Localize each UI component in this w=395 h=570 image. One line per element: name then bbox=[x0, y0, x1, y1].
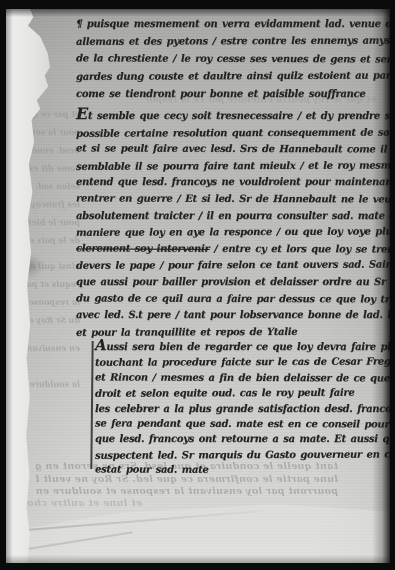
manuscript-line: et Rincon / mesmes a fin de bien delaiss… bbox=[95, 370, 390, 387]
manuscript-line: droit et selon equite oud. cas le roy pe… bbox=[95, 385, 390, 402]
manuscript-line: come se tiendront pour bonne et paisible… bbox=[76, 86, 390, 103]
manuscript-page: et par ce que pour la seurte desd. ennem… bbox=[6, 9, 390, 563]
ghost-line: en ensuivant bbox=[28, 343, 80, 353]
manuscript-line: que lesd. francoys ont retourne a sa mat… bbox=[95, 432, 390, 447]
manuscript-line: semblable il se pourra faire tant mieulx… bbox=[76, 158, 390, 176]
manuscript-line: et si se peult faire avec lesd. Srs de H… bbox=[76, 142, 390, 160]
manuscript-line: possible certaine resolution quant conse… bbox=[76, 125, 390, 143]
manuscript-line: entend que lesd. francoys ne vouldroient… bbox=[76, 175, 390, 192]
line-rest: / entre cy et lors que loy se treuve bbox=[209, 244, 390, 256]
manuscript-photo: et par ce que pour la seurte desd. ennem… bbox=[0, 0, 395, 570]
ghost-line: du Sr Roy et bbox=[28, 315, 80, 325]
paragraph-3: Aussi sera bien de regarder ce que loy d… bbox=[95, 338, 390, 479]
ghost-line: pourront par loy ensuivant la response e… bbox=[36, 486, 338, 497]
ghost-line: la response bbox=[28, 297, 80, 307]
paragraph-flourish-stroke bbox=[90, 341, 93, 469]
manuscript-line: absolutement traicter / il en pourra con… bbox=[76, 209, 390, 226]
manuscript-line: ¶ puisque mesmement on verra evidamment … bbox=[76, 16, 390, 33]
ghost-line: pour la seurte bbox=[28, 127, 80, 137]
ghost-line: et lune et aultre chose bbox=[14, 498, 142, 509]
manuscript-line: Et semble que cecy soit tresnecessaire /… bbox=[76, 106, 390, 126]
manuscript-line: du gasto de ce quil aura a faire par des… bbox=[76, 291, 390, 309]
manuscript-line: se fera pendant que sad. mate est en ce … bbox=[95, 416, 390, 433]
ghost-line: les francoys bbox=[28, 199, 80, 209]
ghost-line: la souldure bbox=[28, 379, 80, 389]
manuscript-line: que aussi pour bailler provision et dela… bbox=[76, 275, 390, 292]
manuscript-line: rentrer en guerre / Et si led. Sr de Han… bbox=[76, 191, 390, 209]
manuscript-line: Aussi sera bien de regarder ce que loy d… bbox=[95, 338, 390, 355]
ghost-line: come dit est bbox=[28, 163, 80, 173]
manuscript-line: avec led. S.t pere / tant pour lobservan… bbox=[76, 308, 390, 325]
paragraph-2: Et semble que cecy soit tresnecessaire /… bbox=[76, 106, 390, 341]
manuscript-line: devers le pape / pour faire selon ce tan… bbox=[76, 258, 390, 276]
manuscript-line-struck: clerement soy intervenir / entre cy et l… bbox=[76, 241, 390, 259]
ghost-line: desd. ennemys bbox=[28, 145, 80, 155]
ghost-line: requis et par bbox=[28, 279, 80, 289]
manuscript-line: allemans et des pyetons / estre contre l… bbox=[76, 33, 390, 52]
ghost-line: selon sad. mate bbox=[28, 181, 80, 191]
manuscript-line: de la chrestiente / le roy cesse ses ven… bbox=[76, 50, 390, 69]
manuscript-line: les celebrer a la plus grande satisfacti… bbox=[95, 402, 390, 417]
struck-text: clerement soy intervenir bbox=[76, 243, 209, 254]
manuscript-line: maniere que loy en aye la responce / ou … bbox=[76, 224, 390, 242]
manuscript-line: touchant la procedure faicte sur le cas … bbox=[95, 355, 390, 372]
manuscript-line: estat pour sad. mate bbox=[95, 463, 390, 480]
ghost-line: de la paix et bbox=[28, 235, 80, 245]
ghost-line: pour le bien bbox=[28, 217, 80, 227]
paragraph-1: ¶ puisque mesmement on verra evidamment … bbox=[76, 16, 390, 103]
manuscript-line: gardes dung couste et daultre ainsi quil… bbox=[76, 67, 390, 86]
manuscript-line: suspectent led. Sr marquis du Gasto gouv… bbox=[95, 447, 390, 464]
